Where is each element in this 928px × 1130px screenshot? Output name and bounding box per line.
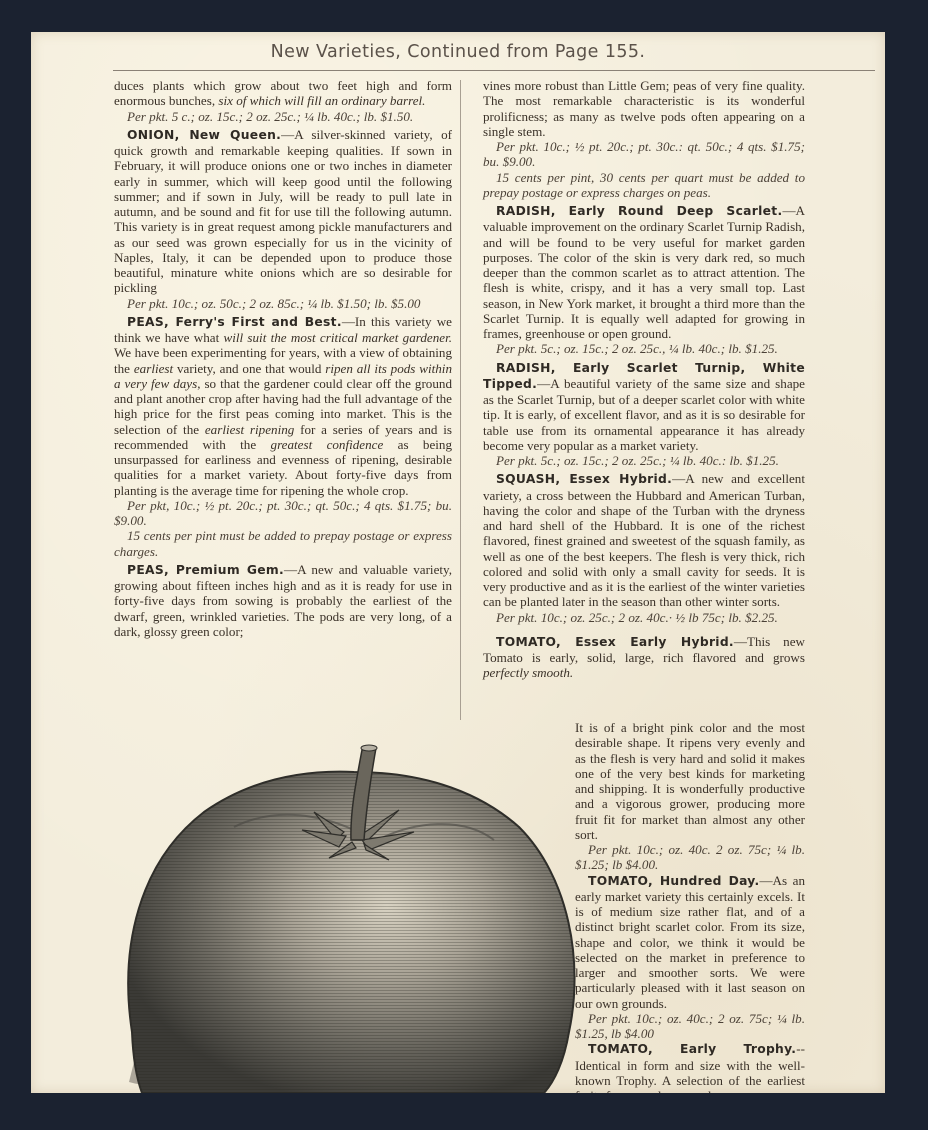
entry-squash-essex-hybrid: SQUASH, Essex Hybrid.—A new and excellen… (483, 471, 805, 609)
entry-onion-new-queen: ONION, New Queen.—A silver-skinned varie… (114, 127, 452, 296)
intro-paragraph: duces plants which grow about two feet h… (114, 78, 452, 109)
tomato-essex-body: It is of a bright pink color and the mos… (575, 720, 805, 842)
entry-title: PEAS, Ferry's First and Best. (127, 315, 342, 329)
tomato-illustration (114, 732, 584, 1093)
tomato-engraving-icon (114, 732, 584, 1093)
catalog-page: New Varieties, Continued from Page 155. … (31, 32, 885, 1093)
onion-price: Per pkt. 10c.; oz. 50c.; 2 oz. 85c.; ¼ l… (114, 296, 452, 311)
entry-title: PEAS, Premium Gem. (127, 563, 284, 577)
radish-round-price: Per pkt. 5c.; oz. 15c.; 2 oz. 25c., ¼ lb… (483, 341, 805, 356)
intro-price: Per pkt. 5 c.; oz. 15c.; 2 oz. 25c.; ¼ l… (114, 109, 452, 124)
entry-title: RADISH, Early Round Deep Scarlet. (496, 204, 782, 218)
peas-first-price: Per pkt, 10c.; ½ pt. 20c.; pt. 30c.; qt.… (114, 498, 452, 529)
header-rule (113, 70, 875, 71)
entry-peas-first-and-best: PEAS, Ferry's First and Best.—In this va… (114, 314, 452, 498)
entry-title: ONION, New Queen. (127, 128, 281, 142)
radish-turnip-price: Per pkt. 5c.; oz. 15c.; 2 oz. 25c.; ¼ lb… (483, 453, 805, 468)
entry-title: TOMATO, Hundred Day. (588, 874, 759, 888)
entry-radish-scarlet-turnip: RADISH, Early Scarlet Turnip, White Tipp… (483, 360, 805, 454)
entry-peas-premium-gem: PEAS, Premium Gem.—A new and valuable va… (114, 562, 452, 639)
left-column: duces plants which grow about two feet h… (114, 78, 452, 639)
squash-price: Per pkt. 10c.; oz. 25c.; 2 oz. 40c.· ½ l… (483, 610, 805, 625)
entry-radish-early-round: RADISH, Early Round Deep Scarlet.—A valu… (483, 203, 805, 341)
peas-gem-price: Per pkt. 10c.; ½ pt. 20c.; pt. 30c.: qt.… (483, 139, 805, 170)
entry-title: TOMATO, Early Trophy. (588, 1042, 796, 1056)
peas-postage-note: 15 cents per pint, 30 cents per quart mu… (483, 170, 805, 201)
entry-tomato-essex-early-hybrid: TOMATO, Essex Early Hybrid.—This new Tom… (483, 634, 805, 681)
entry-title: SQUASH, Essex Hybrid. (496, 472, 672, 486)
entry-tomato-early-trophy: TOMATO, Early Trophy.--Identical in form… (575, 1041, 805, 1093)
peas-first-postage-note: 15 cents per pint must be added to prepa… (114, 528, 452, 559)
tomato-hundred-price: Per pkt. 10c.; oz. 40c.; 2 oz. 75c; ¼ lb… (575, 1011, 805, 1042)
entry-title: TOMATO, Essex Early Hybrid. (496, 635, 734, 649)
tomato-essex-price: Per pkt. 10c.; oz. 40c. 2 oz. 75c; ¼ lb.… (575, 842, 805, 873)
tomato-right-text: It is of a bright pink color and the mos… (575, 720, 805, 1093)
entry-tomato-hundred-day: TOMATO, Hundred Day.—As an early market … (575, 873, 805, 1011)
page-header: New Varieties, Continued from Page 155. (31, 42, 885, 62)
column-divider (460, 80, 461, 720)
right-column: vines more robust than Little Gem; peas … (483, 78, 805, 681)
peas-gem-continued: vines more robust than Little Gem; peas … (483, 78, 805, 139)
